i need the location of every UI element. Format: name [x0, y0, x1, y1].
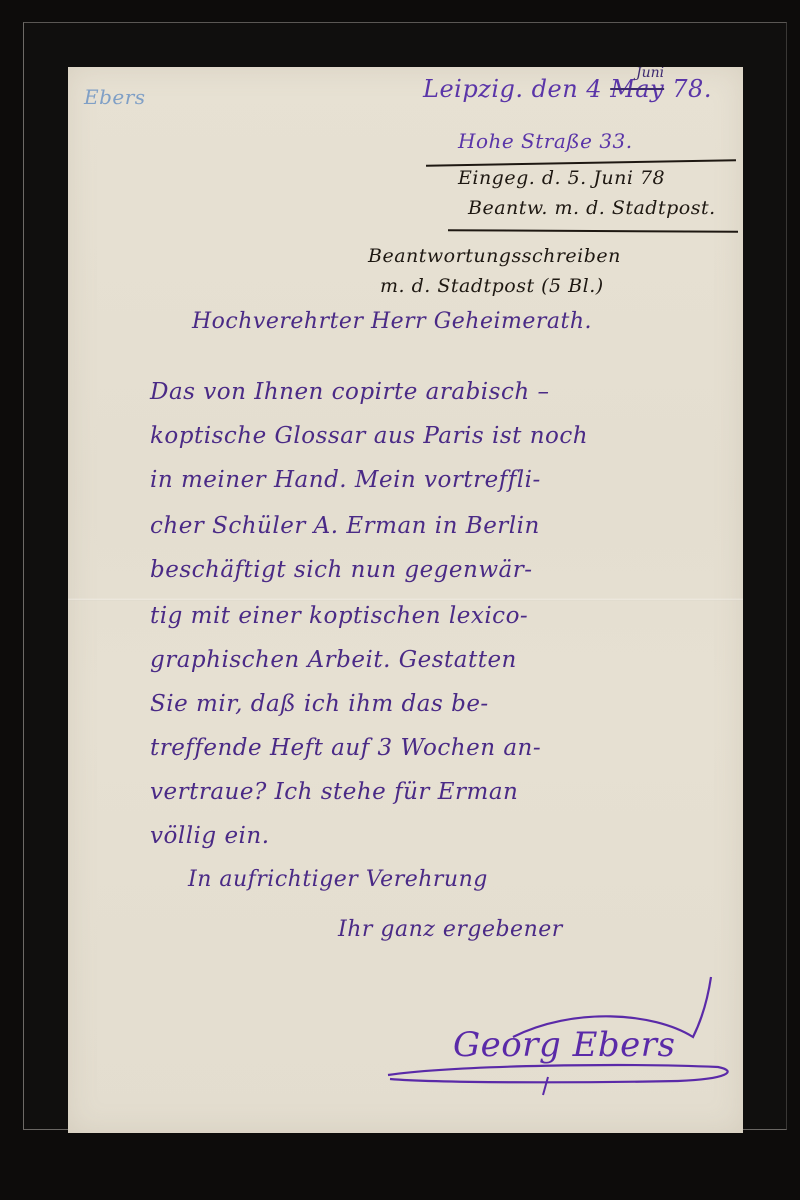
- body-line: graphischen Arbeit. Gestatten: [150, 647, 517, 673]
- body-line: Sie mir, daß ich ihm das be-: [150, 691, 489, 717]
- body-line: in meiner Hand. Mein vortreffli-: [150, 467, 541, 493]
- receipt-note: Eingeg. d. 5. Juni 78: [458, 167, 665, 189]
- month-correction: Juni: [636, 67, 664, 81]
- signature-underline-flourish-icon: [378, 1057, 738, 1097]
- divider-rule: [448, 229, 738, 233]
- body-line: völlig ein.: [150, 823, 270, 849]
- salutation: Hochverehrter Herr Geheimerath.: [192, 309, 592, 334]
- body-line: tig mit einer koptischen lexico-: [150, 603, 528, 629]
- body-line: treffende Heft auf 3 Wochen an-: [150, 735, 541, 761]
- body-line: koptische Glossar aus Paris ist noch: [150, 423, 588, 449]
- receipt-note: m. d. Stadtpost (5 Bl.): [380, 275, 604, 297]
- closing-line: In aufrichtiger Verehrung: [188, 867, 488, 892]
- receipt-note: Beantw. m. d. Stadtpost.: [468, 197, 716, 219]
- sender-address: Hohe Straße 33.: [458, 129, 633, 153]
- body-line: cher Schüler A. Erman in Berlin: [150, 513, 540, 539]
- place-date-line: Leipzig. den 4 May 78.: [423, 75, 712, 103]
- paper-fold-line: [68, 598, 743, 601]
- body-line: beschäftigt sich nun gegenwär-: [150, 557, 533, 583]
- closing-line: Ihr ganz ergebener: [338, 917, 563, 942]
- year: 78.: [672, 75, 712, 103]
- place-date: Leipzig. den 4: [423, 75, 602, 103]
- letter-sheet: Ebers Leipzig. den 4 May 78. Juni Hohe S…: [68, 67, 743, 1133]
- body-line: Das von Ihnen copirte arabisch –: [150, 379, 549, 405]
- receipt-note: Beantwortungsschreiben: [368, 245, 621, 267]
- divider-rule: [426, 159, 736, 166]
- archive-mark: Ebers: [84, 85, 146, 109]
- body-line: vertraue? Ich stehe für Erman: [150, 779, 518, 805]
